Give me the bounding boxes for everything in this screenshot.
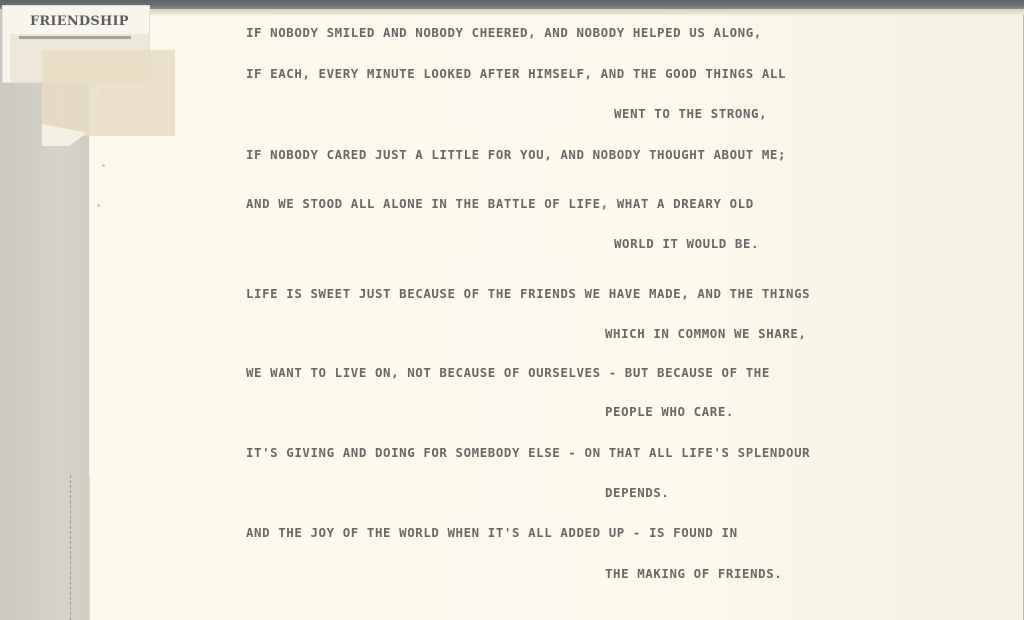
poem-body: IF NOBODY SMILED AND NOBODY CHEERED, AND… [0, 0, 1024, 620]
poem-line: AND WE STOOD ALL ALONE IN THE BATTLE OF … [246, 196, 754, 211]
poem-line-continuation: WORLD IT WOULD BE. [614, 236, 759, 251]
poem-line-continuation: DEPENDS. [605, 485, 669, 500]
poem-line: WE WANT TO LIVE ON, NOT BECAUSE OF OURSE… [246, 365, 770, 380]
poem-line: IF NOBODY SMILED AND NOBODY CHEERED, AND… [246, 25, 762, 40]
poem-line: AND THE JOY OF THE WORLD WHEN IT'S ALL A… [246, 525, 738, 540]
poem-line-continuation: WENT TO THE STRONG, [614, 106, 767, 121]
scanned-document: FRIENDSHIP IF NOBODY SMILED AND NOBODY C… [0, 0, 1024, 620]
poem-line-continuation: WHICH IN COMMON WE SHARE, [605, 326, 807, 341]
poem-line: IT'S GIVING AND DOING FOR SOMEBODY ELSE … [246, 445, 810, 460]
poem-line-continuation: PEOPLE WHO CARE. [605, 404, 734, 419]
poem-line: IF EACH, EVERY MINUTE LOOKED AFTER HIMSE… [246, 66, 786, 81]
poem-line-continuation: THE MAKING OF FRIENDS. [605, 566, 782, 581]
poem-line: LIFE IS SWEET JUST BECAUSE OF THE FRIEND… [246, 286, 810, 301]
poem-line: IF NOBODY CARED JUST A LITTLE FOR YOU, A… [246, 147, 786, 162]
